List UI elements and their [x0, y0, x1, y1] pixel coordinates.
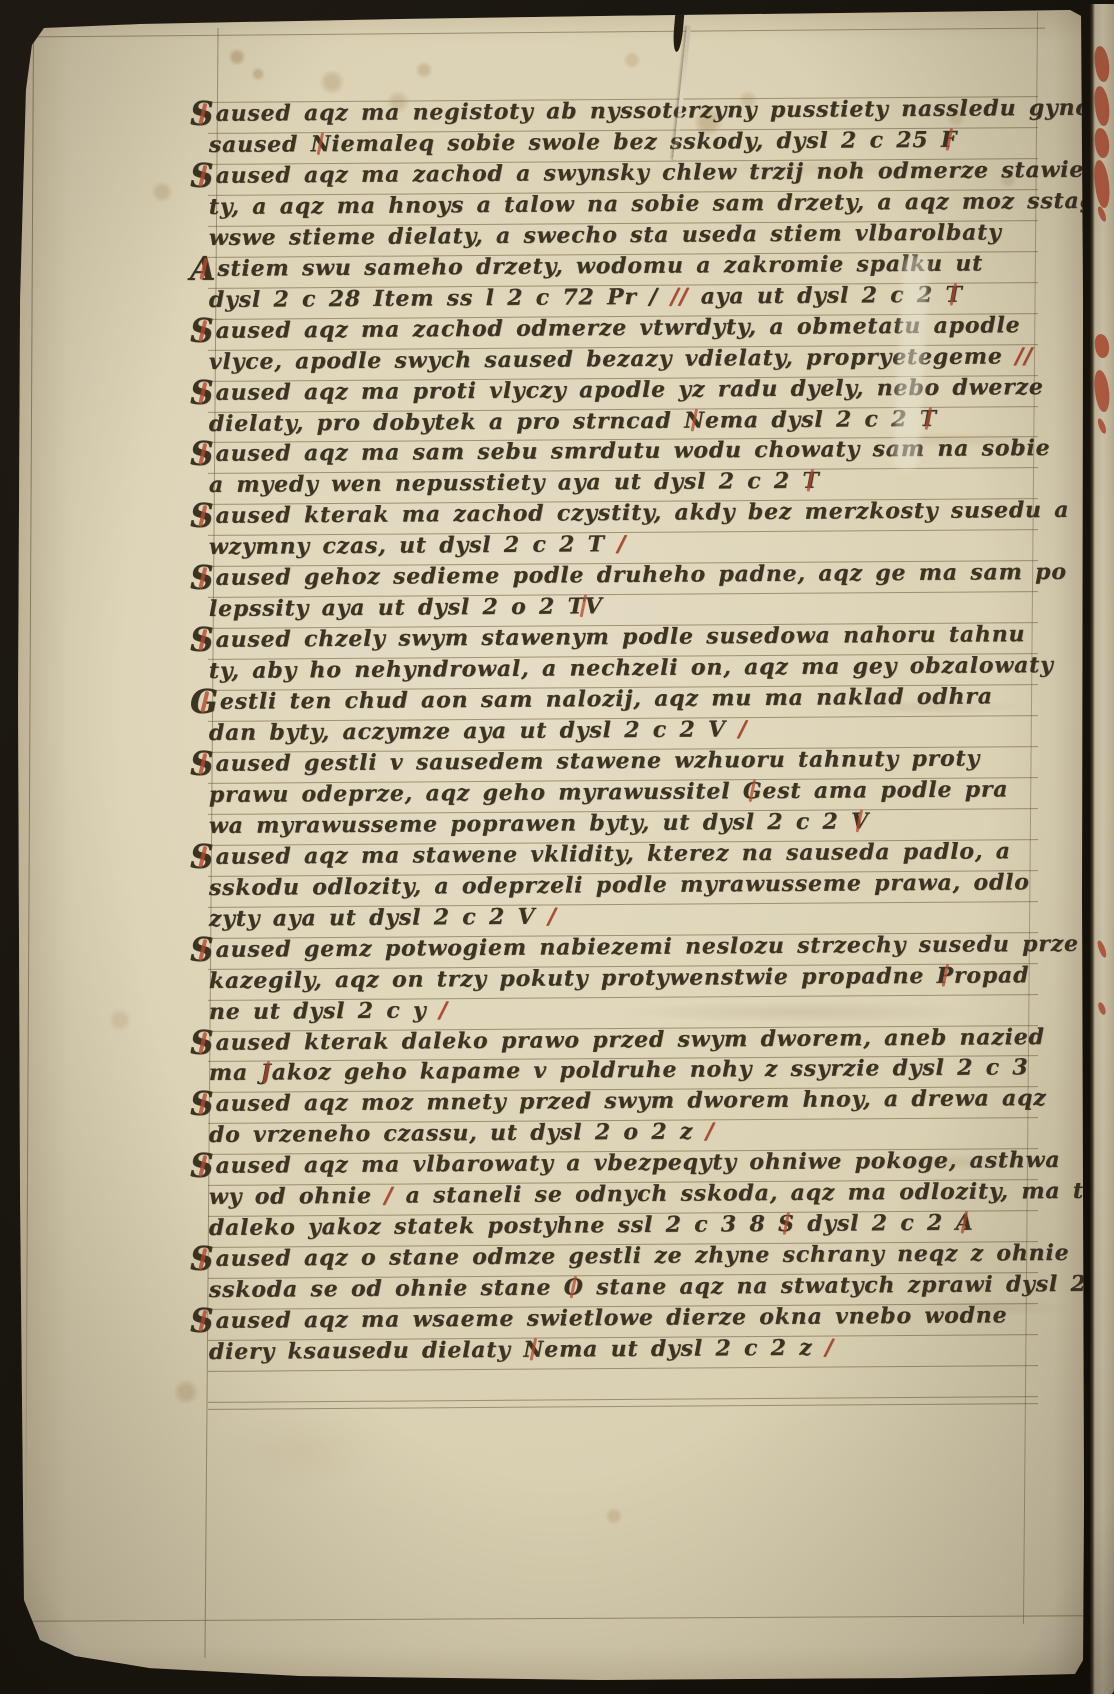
rubricated-letter: G — [743, 778, 763, 804]
line-initial: S — [190, 565, 215, 591]
manuscript-text-line: Gestli ten chud aon sam nalozij, aqz mu … — [190, 683, 993, 720]
line-text: dan byty, aczymze aya ut dysl 2 c 2 V — [209, 716, 739, 746]
manuscript-text-line: ne ut dysl 2 c y / — [209, 997, 448, 1030]
rubricated-letter: J — [260, 1060, 271, 1086]
manuscript-text-line: wzymny czas, ut dysl 2 c 2 T / — [209, 531, 626, 565]
fore-edge-rubric-mark — [1093, 85, 1111, 126]
line-text: ty, aby ho nehyndrowal, a nechzeli on, a… — [209, 652, 1054, 684]
line-text: a staneli se odnych sskoda, aqz ma odloz… — [393, 1178, 1114, 1209]
line-text: sskodu odlozity, a odeprzeli podle myraw… — [209, 869, 1030, 901]
line-initial: S — [190, 317, 215, 343]
line-text: wy od ohnie — [209, 1183, 385, 1210]
manuscript-text-line: wy od ohnie / a staneli se odnych sskoda… — [209, 1178, 1114, 1215]
manuscript-text-line: Saused aqz ma zachod odmerze vtwrdyty, a… — [190, 312, 1021, 349]
line-initial: S — [190, 441, 215, 467]
line-initial: S — [190, 1308, 215, 1334]
line-initial: S — [190, 844, 215, 870]
line-text: dysl 2 c 2 — [795, 1210, 956, 1237]
manuscript-text-line: prawu odeprze, aqz geho myrawussitel Ges… — [209, 776, 1009, 813]
line-initial: S — [190, 1091, 215, 1117]
red-mark: / — [738, 716, 747, 742]
line-text: aused kterak daleko prawo przed swym dwo… — [215, 1024, 1044, 1056]
rubricated-letter: P — [937, 962, 955, 988]
manuscript-text-line: zyty aya ut dysl 2 c 2 V / — [209, 903, 557, 936]
manuscript-text-line: kazegily, aqz on trzy pokuty protywenstw… — [209, 962, 1030, 999]
line-text: ma — [209, 1060, 261, 1086]
line-text: a myedy wen nepusstiety aya ut dysl 2 c … — [209, 468, 803, 498]
red-mark: / — [439, 997, 448, 1023]
line-text: diery ksausedu dielaty — [209, 1337, 524, 1365]
line-text: wa myrawusseme poprawen byty, ut dysl 2 … — [209, 808, 851, 838]
fore-edge-rubric-mark — [1093, 159, 1112, 208]
line-text: aused aqz ma stawene vklidity, kterez na… — [215, 838, 1010, 870]
line-text: dysl 2 c 28 Item ss l 2 c 72 Pr / — [209, 283, 671, 312]
fore-edge-rubric-mark — [1093, 369, 1111, 412]
line-text: aused aqz ma zachod a swynsky chlew trzi… — [215, 157, 1084, 189]
line-text: aused aqz ma sam sebu smrdutu wodu chowa… — [215, 435, 1050, 467]
line-text: lepssity aya ut dysl 2 o 2 — [209, 594, 568, 623]
line-initial: A — [190, 256, 217, 282]
manuscript-text-line: do vrzeneho czassu, ut dysl 2 o 2 z / — [209, 1119, 715, 1154]
fore-edge-rubric-mark — [1097, 1001, 1107, 1015]
manuscript-text-line: diery ksausedu dielaty Nema ut dysl 2 c … — [209, 1335, 834, 1370]
rubricated-letter: TV — [567, 593, 602, 619]
line-text: ema dysl 2 c 2 — [705, 406, 920, 433]
photograph-backdrop: Saused aqz ma negistoty ab nyssoterzyny … — [0, 0, 1114, 1694]
line-text: ema ut dysl 2 c 2 z — [544, 1335, 825, 1363]
line-text: sskoda se od ohnie stane — [209, 1275, 564, 1303]
red-mark: / — [617, 531, 626, 557]
rubricated-letter: N — [684, 407, 705, 433]
line-text: akoz geho kapame v poldruhe nohy z ssyrz… — [272, 1055, 1029, 1086]
line-initial: G — [190, 689, 219, 715]
line-text: ropad — [954, 962, 1029, 989]
fore-edge-rubric-mark — [1096, 205, 1107, 222]
rubricated-letter: T — [945, 281, 962, 307]
line-text: aused gehoz sedieme podle druheho padne,… — [215, 559, 1066, 591]
line-text: aused aqz ma wsaeme swietlowe dierze okn… — [215, 1302, 1007, 1334]
line-text: wzymny czas, ut dysl 2 c 2 T — [209, 531, 618, 560]
rubricated-letter: N — [310, 131, 331, 157]
line-initial: S — [190, 503, 215, 529]
manuscript-text-line: Astiem swu sameho drzety, wodomu a zakro… — [190, 250, 983, 287]
fore-edge-rubric-mark — [1093, 45, 1111, 82]
line-initial: S — [190, 163, 215, 189]
rubricated-letter: T — [802, 468, 819, 494]
line-text: iemaleq sobie swole bez sskody, dysl 2 c… — [331, 127, 941, 157]
line-text: est ama podle pra — [762, 776, 1008, 804]
fore-edge-rubric-mark — [1094, 333, 1110, 358]
line-initial: S — [190, 1246, 215, 1272]
line-initial: S — [190, 936, 215, 962]
rubricated-letter: A — [955, 1210, 973, 1236]
line-text: daleko yakoz statek postyhne ssl 2 c 3 8 — [209, 1211, 778, 1241]
line-text: vlyce, apodle swych saused bezazy vdiela… — [209, 343, 1015, 375]
line-text: aused aqz moz mnety przed swym dworem hn… — [215, 1085, 1046, 1117]
manuscript-text-line: lepssity aya ut dysl 2 o 2 TV — [209, 593, 603, 627]
line-text: wswe stieme dielaty, a swecho sta useda … — [209, 219, 1002, 251]
line-initial: S — [190, 627, 215, 653]
line-text: ne ut dysl 2 c y — [209, 997, 439, 1025]
manuscript-text-block: Saused aqz ma negistoty ab nyssoterzyny … — [0, 0, 1114, 1694]
line-text: kazegily, aqz on trzy pokuty protywenstw… — [209, 963, 937, 994]
manuscript-text-line: Saused aqz ma negistoty ab nyssoterzyny … — [190, 95, 1103, 132]
manuscript-text-line: Saused aqz ma sam sebu smrdutu wodu chow… — [190, 435, 1051, 472]
line-text: stane aqz na stwatych zprawi dysl 2 c 2 … — [584, 1270, 1114, 1300]
line-text: zyty aya ut dysl 2 c 2 V — [209, 903, 548, 931]
line-text: saused — [209, 131, 311, 158]
manuscript-text-line: Saused aqz ma wsaeme swietlowe dierze ok… — [190, 1302, 1008, 1339]
manuscript-text-line: Saused kterak ma zachod czystity, akdy b… — [190, 497, 1070, 534]
line-text: aused gestli v sausedem stawene wzhuoru … — [215, 745, 980, 776]
rubricated-letter: F — [941, 127, 958, 153]
line-text: aused aqz ma negistoty ab nyssoterzyny p… — [215, 95, 1103, 127]
rubricated-letter: O — [564, 1274, 584, 1300]
line-text: aused aqz o stane odmze gestli ze zhyne … — [215, 1240, 1069, 1272]
next-page-fore-edge — [1090, 4, 1114, 1694]
line-text: aused gemz potwogiem nabiezemi neslozu s… — [215, 930, 1078, 962]
red-mark: / — [825, 1335, 834, 1361]
line-text: aused chzely swym stawenym podle susedow… — [215, 621, 1025, 653]
rubricated-letter: V — [851, 808, 869, 834]
line-initial: S — [190, 751, 215, 777]
line-initial: S — [190, 101, 215, 127]
manuscript-text-line: a myedy wen nepusstiety aya ut dysl 2 c … — [209, 468, 820, 503]
manuscript-text-line: wa myrawusseme poprawen byty, ut dysl 2 … — [209, 808, 869, 844]
line-text: stiem swu sameho drzety, wodomu a zakrom… — [217, 250, 983, 281]
rubricated-letter: T — [920, 405, 937, 431]
line-initial: S — [190, 379, 215, 405]
red-mark: / — [706, 1119, 715, 1145]
line-text: aused aqz ma vlbarowaty a vbezpeqyty ohn… — [215, 1147, 1060, 1179]
line-initial: S — [190, 1153, 215, 1179]
rubricated-letter: N — [523, 1337, 544, 1363]
manuscript-text-line: Saused aqz moz mnety przed swym dworem h… — [190, 1085, 1047, 1122]
line-text: estli ten chud aon sam nalozij, aqz mu m… — [220, 683, 993, 714]
line-initial: S — [190, 1029, 215, 1055]
line-text: dielaty, pro dobytek a pro strncad — [209, 407, 684, 436]
red-mark: // — [1015, 343, 1033, 369]
manuscript-text-line: dan byty, aczymze aya ut dysl 2 c 2 V / — [209, 716, 747, 751]
fore-edge-rubric-mark — [1096, 417, 1107, 434]
manuscript-page: Saused aqz ma negistoty ab nyssoterzyny … — [0, 0, 1114, 1694]
line-text: ty, a aqz ma hnoys a talow na sobie sam … — [209, 187, 1114, 219]
line-text: aused kterak ma zachod czystity, akdy be… — [215, 497, 1069, 529]
line-text: do vrzeneho czassu, ut dysl 2 o 2 z — [209, 1119, 706, 1148]
fore-edge-rubric-mark — [1093, 127, 1110, 158]
manuscript-text-line: sskodu odlozity, a odeprzeli podle myraw… — [209, 869, 1030, 906]
manuscript-text-line: Saused gehoz sedieme podle druheho padne… — [190, 559, 1067, 596]
manuscript-text-line: dysl 2 c 28 Item ss l 2 c 72 Pr / // aya… — [209, 281, 963, 317]
red-mark: / — [548, 903, 557, 929]
rubricated-letter: S — [778, 1211, 795, 1237]
line-text: prawu odeprze, aqz geho myrawussitel — [209, 778, 743, 808]
red-mark: // — [670, 283, 688, 309]
fore-edge-rubric-mark — [1096, 940, 1108, 959]
